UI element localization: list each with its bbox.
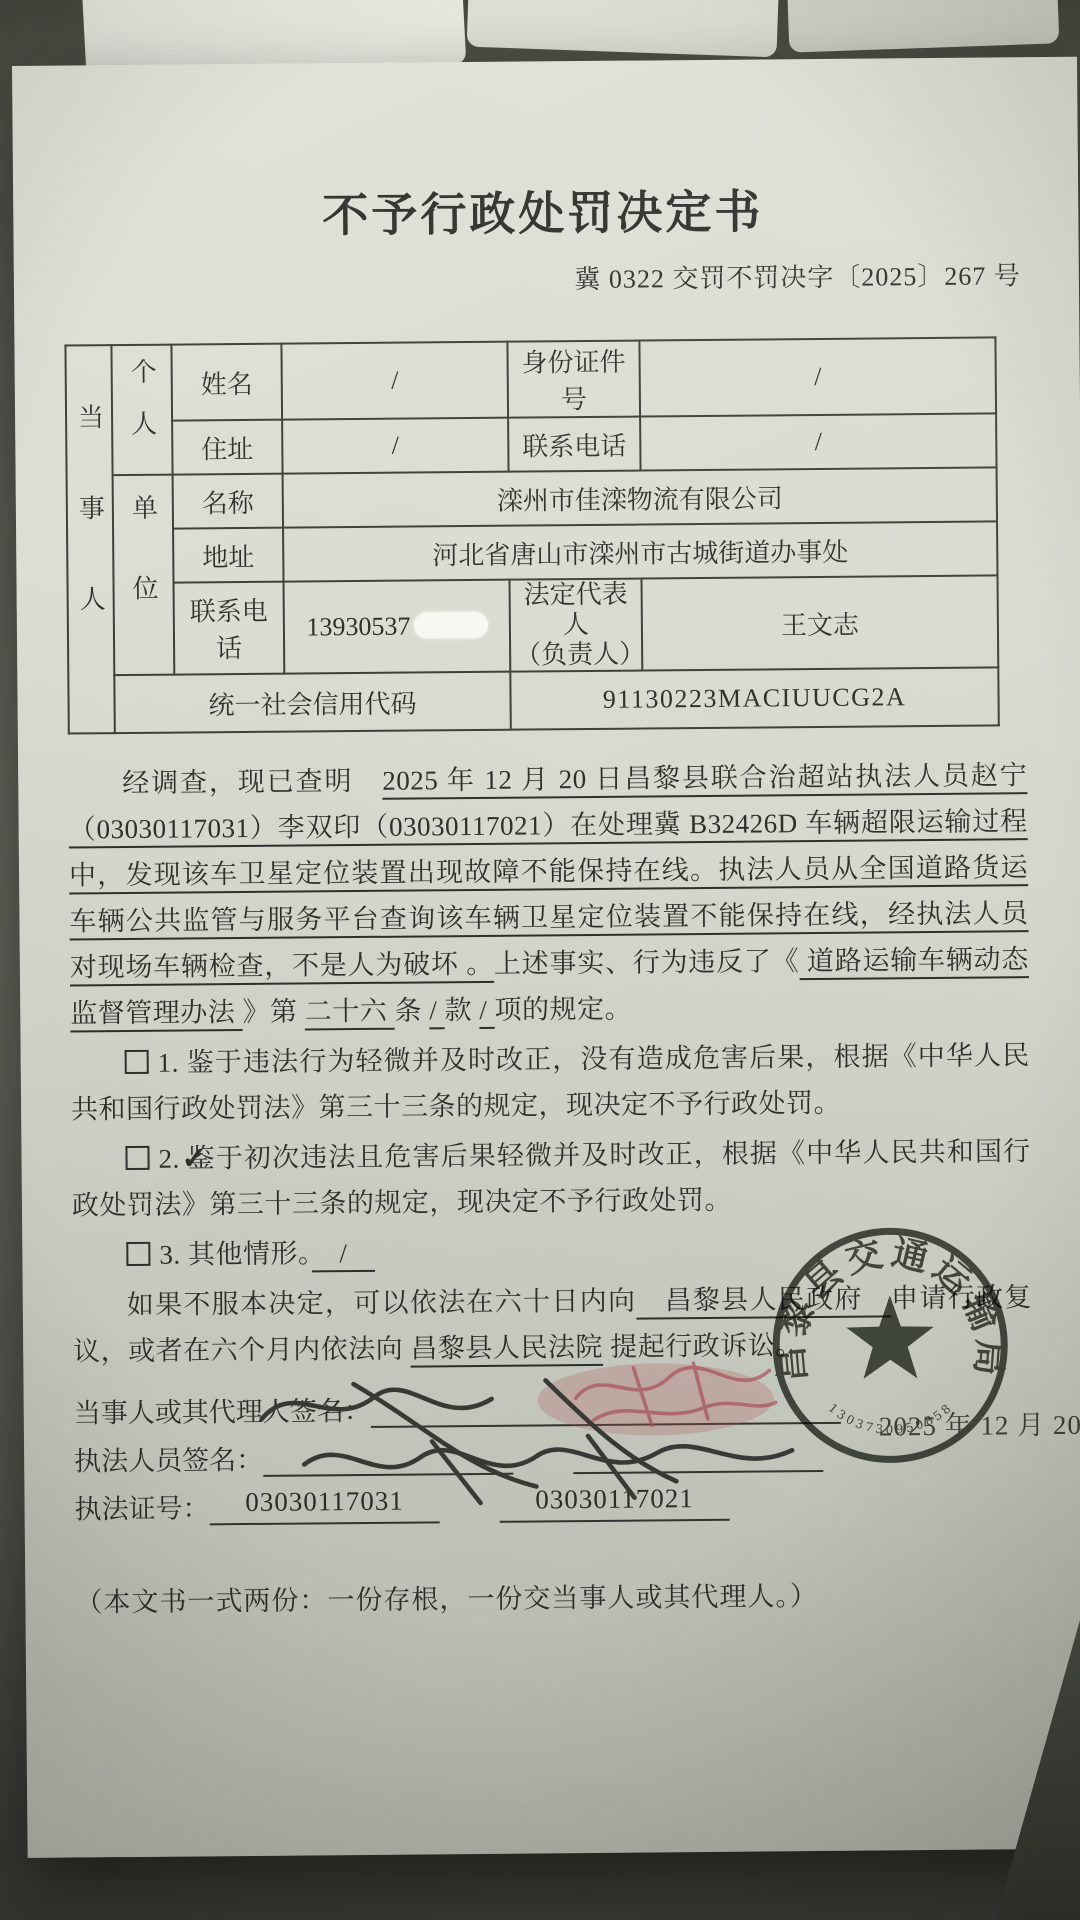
cert-number-2: 03030117021 [499,1483,729,1523]
table-group-person: 个人 [111,345,172,476]
decision-option-2-text: 2. 鉴于初次违法且危害后果轻微并及时改正，根据《中华人民共和国行政处罚法》第三… [72,1136,1031,1220]
decision-option-3: 3. 其他情形。 / [72,1224,1031,1278]
label-credit-code: 统一社会信用代码 [114,672,510,733]
value-credit-code: 91130223MACIUUCG2A [510,667,998,729]
appeal-paragraph: 如果不服本决定，可以依法在六十日内向 昌黎县人民政府 申请行政复议，或者在六个月… [73,1274,1033,1374]
findings-paragraph: 经调查，现已查明 2025 年 12 月 20 日昌黎县联合治超站执法人员赵宁（… [68,752,1029,1036]
signature-block: 当事人或其代理人签名： 执法人员签名： 执法证号： 03030117031 03… [73,1374,1033,1526]
value-company-name: 滦州市佳滦物流有限公司 [283,467,997,527]
party-info-table: 当事人 个人 姓名 / 身份证件号 / 住址 / 联系电话 / 单位 [64,336,999,734]
value-person-phone: / [640,413,996,470]
officer-signature-row: 执法人员签名： [74,1422,1033,1478]
value-person-name: / [281,342,508,420]
redaction-whiteout [413,612,487,639]
party-signature-line [371,1386,841,1428]
label-person-address: 住址 [172,420,282,475]
value-company-address: 河北省唐山市滦州市古城街道办事处 [283,521,997,581]
cert-number-1: 03030117031 [209,1485,439,1525]
checkbox-option-2 [125,1146,149,1170]
label-company-phone: 联系电话 [174,582,285,675]
officer-signature-label: 执法人员签名： [74,1438,263,1479]
document-content: 不予行政处罚决定书 冀 0322 交罚不罚决字〔2025〕267 号 当事人 个… [13,173,1080,1620]
value-company-phone: 13930537 [284,580,511,674]
label-person-name: 姓名 [171,344,282,421]
background-paper-edge [467,0,780,57]
decision-option-2: 2. 鉴于初次违法且危害后果轻微并及时改正，根据《中华人民共和国行政处罚法》第三… [71,1128,1031,1228]
label-company-address: 地址 [173,528,283,583]
checkbox-option-1 [125,1050,149,1074]
checkbox-option-3 [126,1242,150,1266]
cert-number-row: 执法证号： 03030117031 03030117021 [74,1470,1033,1526]
label-company-name: 名称 [173,474,283,529]
label-person-phone: 联系电话 [508,417,640,472]
label-legal-representative: 法定代表人 （负责人） [510,579,643,672]
value-person-address: / [282,418,508,474]
photo-backdrop: 不予行政处罚决定书 冀 0322 交罚不罚决字〔2025〕267 号 当事人 个… [0,0,1080,1920]
party-signature-label: 当事人或其代理人签名： [74,1389,371,1431]
officer-signature-line-1 [263,1437,513,1477]
decision-option-3-text: 3. 其他情形。 / [159,1238,375,1270]
cert-number-label: 执法证号： [74,1486,209,1526]
document-number: 冀 0322 交罚不罚决字〔2025〕267 号 [64,255,1023,300]
party-signature-row: 当事人或其代理人签名： [73,1374,1032,1430]
value-id-number: / [639,337,996,416]
copies-note: （本文书一式两份：一份存根，一份交当事人或其代理人。） [75,1572,1034,1619]
label-id-number: 身份证件号 [507,341,640,418]
table-group-company: 单位 [113,475,175,676]
officer-signature-line-2 [573,1434,823,1474]
company-phone-digits: 13930537 [306,612,410,642]
value-legal-representative: 王文志 [641,575,998,670]
table-header-party: 当事人 [65,345,114,733]
background-paper-edge [787,0,1060,53]
document-paper: 不予行政处罚决定书 冀 0322 交罚不罚决字〔2025〕267 号 当事人 个… [12,57,1080,1858]
decision-option-1-text: 1. 鉴于违法行为轻微并及时改正，没有造成危害后果，根据《中华人民共和国行政处罚… [71,1040,1030,1124]
decision-option-1: 1. 鉴于违法行为轻微并及时改正，没有造成危害后果，根据《中华人民共和国行政处罚… [71,1032,1031,1132]
document-title: 不予行政处罚决定书 [63,173,1023,247]
